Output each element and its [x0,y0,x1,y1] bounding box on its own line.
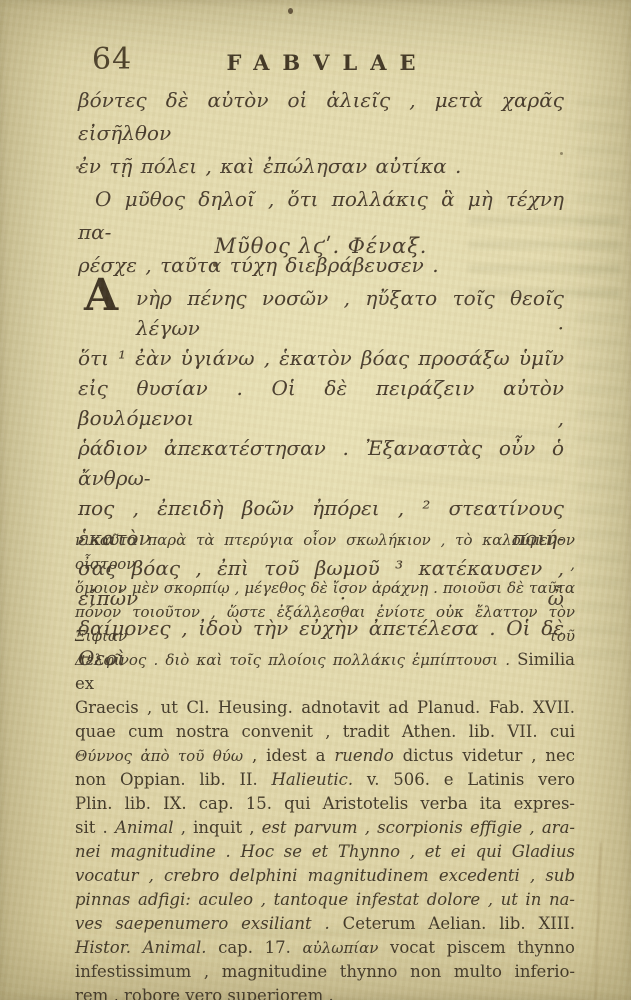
text-line: Histor. Animal. cap. 17. αὐλωπίαν vocat … [75,936,575,960]
text-line: non Oppian. lib. II. Halieutic. v. 506. … [75,768,575,792]
text-segment: cap. 17. [206,938,302,957]
text-segment: Graecis , ut Cl. Heusing. adnotavit ad P… [75,698,575,717]
text-segment: εἰς θυσίαν . Οἱ δὲ πειράζειν αὐτὸν βουλό… [78,376,564,430]
text-segment: ἐν τῇ πόλει , καὶ ἐπώλησαν αὐτίκα . [78,154,461,178]
text-line: Θύννος ἀπὸ τοῦ θύω , idest a ruendo dict… [75,744,575,768]
footnote-block: νικαῦτα παρὰ τὰ πτερύγια οἷον σκωλήκιον … [75,528,575,1000]
text-segment: Plin. lib. IX. cap. 15. qui Aristotelis … [75,794,575,813]
text-segment: Ceterum Aelian. lib. XIII. [343,914,575,933]
text-segment: nei magnitudine . Hoc se et Thynno , et … [75,842,575,861]
ink-speck [288,8,293,14]
text-line: νικαῦτα παρὰ τὰ πτερύγια οἷον σκωλήκιον … [75,528,575,576]
text-segment: rem , robore vero superiorem . [75,986,334,1000]
fable-heading: Μῦθος λϛʹ. Φέναξ. [78,234,564,258]
text-segment: , inquit , [174,818,262,837]
text-line: νὴρ πένης νοσῶν , ηὔξατο τοῖς θεοῖς λέγω… [78,283,564,343]
paper-crease [594,842,602,1000]
text-segment: Δελφῖνος . διὸ καὶ τοῖς πλοίοις πολλάκις… [75,651,517,669]
text-segment: sit . [75,818,115,837]
text-segment: infestissimum , magnitudine thynno non m… [75,962,575,981]
text-line: Graecis , ut Cl. Heusing. adnotavit ad P… [75,696,575,720]
text-segment: est parvum , scorpionis effigie , ara- [262,818,575,837]
text-segment: pinnas adfigi: aculeo , tantoque infesta… [75,890,575,909]
text-segment: vocat piscem thynno [378,938,575,957]
text-line: rem , robore vero superiorem . [75,984,575,1000]
text-segment: Halieutic. [272,770,354,789]
text-line: sit . Animal , inquit , est parvum , sco… [75,816,575,840]
text-line: βόντες δὲ αὐτὸν οἱ ἁλιεῖς , μετὰ χαρᾶς ε… [78,84,564,150]
book-page-scan: 64 FABVLAE βόντες δὲ αὐτὸν οἱ ἁλιεῖς , μ… [0,0,631,1000]
text-segment: non Oppian. lib. II. [75,770,272,789]
text-segment: Θύννος ἀπὸ τοῦ θύω [75,747,243,765]
text-segment: ves saepenumero exsiliant . [75,914,343,933]
text-line: πόνον τοιοῦτον , ὥστε ἐξάλλεσθαι ἐνίοτε … [75,600,575,648]
text-segment: ruendo [334,746,393,765]
text-line: ὅμοιον μὲν σκορπίῳ , μέγεθος δὲ ἴσον ἀρά… [75,576,575,600]
text-segment: νικαῦτα παρὰ τὰ πτερύγια οἷον σκωλήκιον … [75,531,575,573]
text-segment: dictus videtur , nec [394,746,575,765]
text-line: infestissimum , magnitudine thynno non m… [75,960,575,984]
text-segment: πόνον τοιοῦτον , ὥστε ἐξάλλεσθαι ἐνίοτε … [75,603,575,645]
text-line: quae cum nostra convenit , tradit Athen.… [75,720,575,744]
text-segment: Animal [115,818,174,837]
running-title: FABVLAE [78,50,564,75]
text-line: ῥάδιον ἀπεκατέστησαν . Ἐξαναστὰς οὖν ὁ ἄ… [78,433,564,493]
text-segment: quae cum nostra convenit , tradit Athen.… [75,722,575,741]
text-segment: βόντες δὲ αὐτὸν οἱ ἁλιεῖς , μετὰ χαρᾶς ε… [78,88,564,145]
text-line: ves saepenumero exsiliant . Ceterum Aeli… [75,912,575,936]
text-line: nei magnitudine . Hoc se et Thynno , et … [75,840,575,864]
text-line: ἐν τῇ πόλει , καὶ ἐπώλησαν αὐτίκα . [78,150,564,183]
text-line: vocatur , crebro delphini magnitudinem e… [75,864,575,888]
text-segment: ὅτι ¹ ἐὰν ὑγιάνω , ἑκατὸν βόας προσάξω ὑ… [78,346,564,370]
text-segment: v. 506. e Latinis vero [353,770,575,789]
text-segment: ὅμοιον μὲν σκορπίῳ , μέγεθος δὲ ἴσον ἀρά… [75,579,575,597]
text-segment: , idest a [243,746,334,765]
text-line: εἰς θυσίαν . Οἱ δὲ πειράζειν αὐτὸν βουλό… [78,373,564,433]
text-line: pinnas adfigi: aculeo , tantoque infesta… [75,888,575,912]
text-line: Δελφῖνος . διὸ καὶ τοῖς πλοίοις πολλάκις… [75,648,575,696]
text-line: ὅτι ¹ ἐὰν ὑγιάνω , ἑκατὸν βόας προσάξω ὑ… [78,343,564,373]
text-segment: ῥάδιον ἀπεκατέστησαν . Ἐξαναστὰς οὖν ὁ ἄ… [78,436,564,490]
text-line: Plin. lib. IX. cap. 15. qui Aristotelis … [75,792,575,816]
text-segment: Histor. Animal. [75,938,206,957]
text-segment: νὴρ πένης νοσῶν , ηὔξατο τοῖς θεοῖς λέγω… [136,286,564,340]
text-segment: αὐλωπίαν [302,939,378,957]
page-show-through [576,98,624,658]
text-segment: vocatur , crebro delphini magnitudinem e… [75,866,575,885]
